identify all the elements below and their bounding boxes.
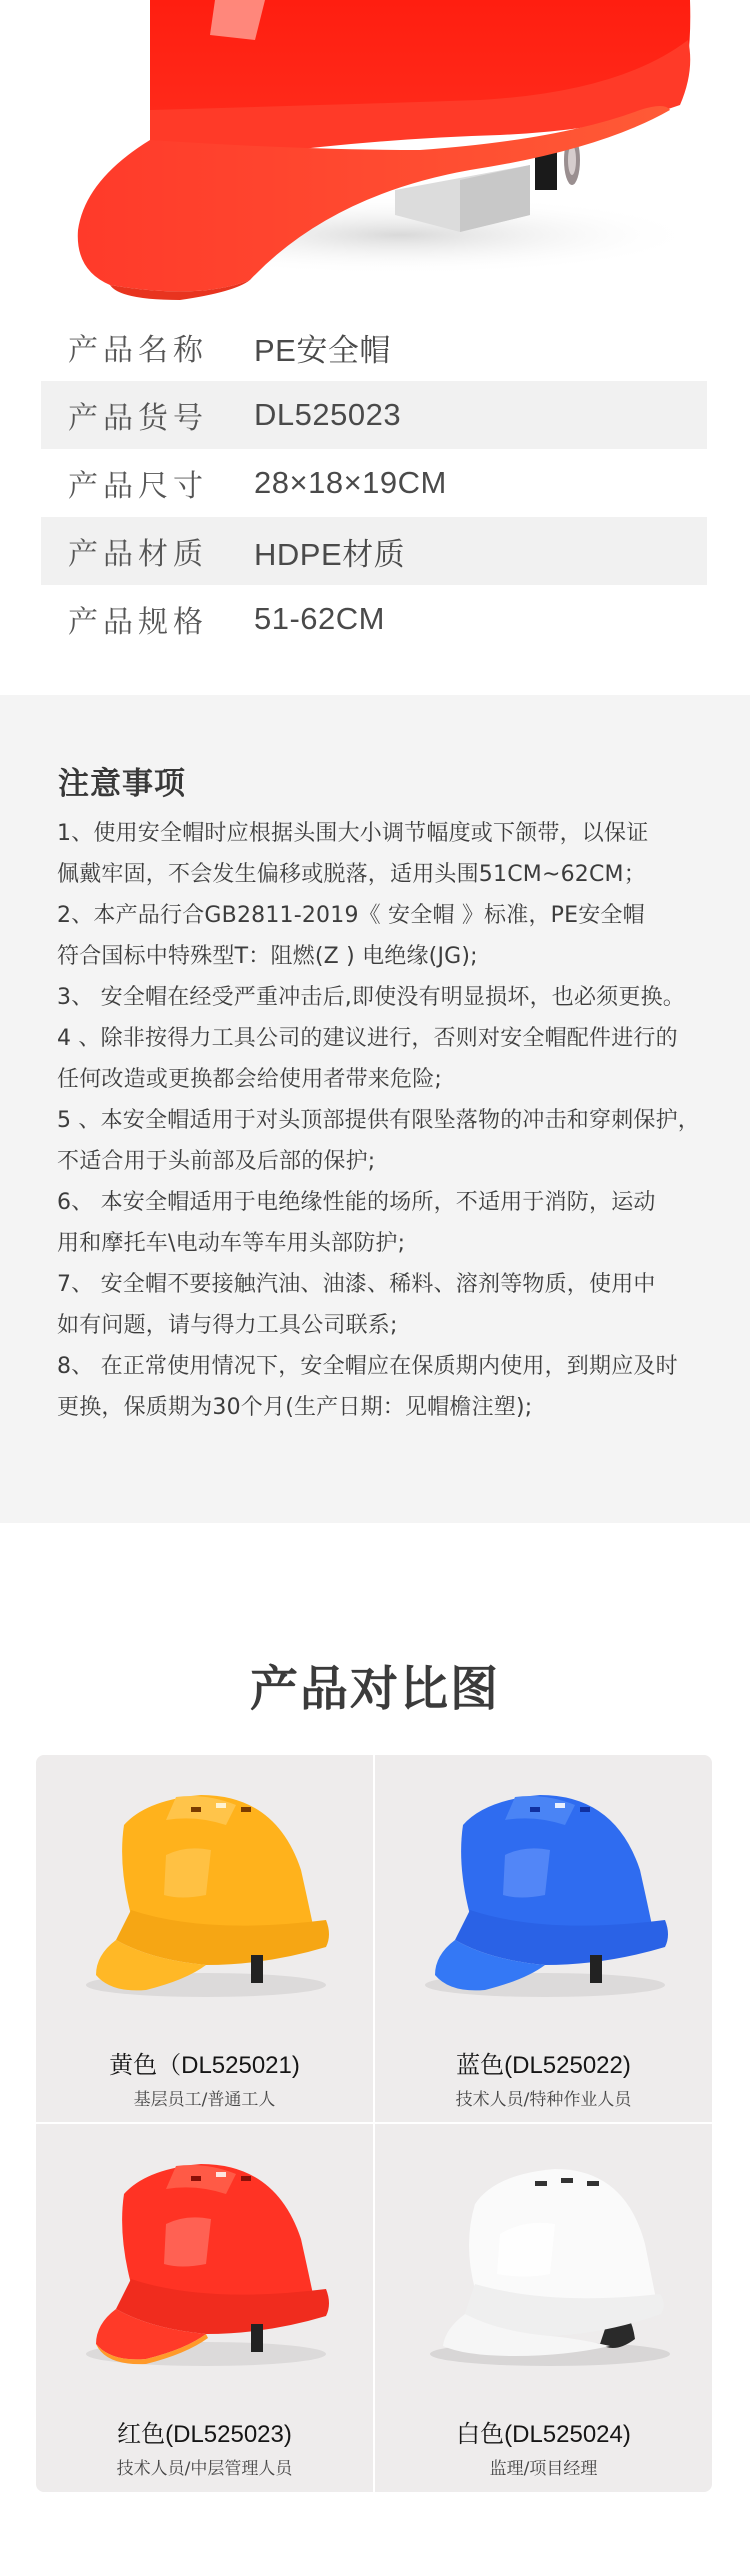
spec-row-item-no: 产品货号 DL525023	[41, 381, 707, 449]
note-line: 1、使用安全帽时应根据头围大小调节幅度或下颌带，以保证	[57, 813, 737, 854]
note-line: 3、 安全帽在经受严重冲击后,即使没有明显损坏，也必须更换。	[57, 977, 737, 1018]
spec-row-size: 产品尺寸 28×18×19CM	[41, 449, 707, 517]
note-line: 用和摩托车\电动车等车用头部防护;	[57, 1223, 737, 1264]
spec-label: 产品货号	[68, 393, 208, 437]
item-desc: 技术人员/特种作业人员	[375, 2085, 712, 2110]
compare-item-red: 红色(DL525023) 技术人员/中层管理人员	[36, 2124, 373, 2492]
item-name: 白色(DL525024)	[375, 2414, 712, 2449]
spec-value: 28×18×19CM	[254, 465, 447, 501]
compare-grid: 黄色（DL525021) 基层员工/普通工人 蓝色(DL525022) 技术人员…	[36, 1755, 712, 2492]
spec-row-spec: 产品规格 51-62CM	[41, 585, 707, 653]
red-helmet-image	[36, 2124, 373, 2404]
note-line: 不适合用于头前部及后部的保护;	[57, 1141, 737, 1182]
compare-title: 产品对比图	[0, 1650, 750, 1719]
notes-title: 注意事项	[58, 758, 186, 803]
note-line: 佩戴牢固，不会发生偏移或脱落，适用头围51CM~62CM；	[57, 854, 737, 895]
note-line: 8、 在正常使用情况下，安全帽应在保质期内使用，到期应及时	[57, 1346, 737, 1387]
note-line: 4 、除非按得力工具公司的建议进行，否则对安全帽配件进行的	[57, 1018, 737, 1059]
note-line: 更换，保质期为30个月(生产日期：见帽檐注塑);	[57, 1387, 737, 1428]
item-name: 红色(DL525023)	[36, 2414, 373, 2449]
spec-label: 产品尺寸	[68, 461, 208, 505]
hero-product-image	[0, 0, 750, 300]
note-line: 任何改造或更换都会给使用者带来危险;	[57, 1059, 737, 1100]
spec-label: 产品材质	[68, 529, 208, 573]
spec-table: 产品名称 PE安全帽 产品货号 DL525023 产品尺寸 28×18×19CM…	[41, 313, 707, 653]
spec-label: 产品规格	[68, 597, 208, 641]
note-line: 7、 安全帽不要接触汽油、油漆、稀料、溶剂等物质，使用中	[57, 1264, 737, 1305]
spec-row-material: 产品材质 HDPE材质	[41, 517, 707, 585]
item-desc: 技术人员/中层管理人员	[36, 2454, 373, 2479]
note-line: 5 、本安全帽适用于对头顶部提供有限坠落物的冲击和穿刺保护，	[57, 1100, 737, 1141]
item-name: 蓝色(DL525022)	[375, 2045, 712, 2080]
note-line: 2、本产品行合GB2811-2019《 安全帽 》标准，PE安全帽	[57, 895, 737, 936]
spec-label: 产品名称	[68, 325, 208, 369]
spec-value: DL525023	[254, 397, 401, 433]
item-desc: 基层员工/普通工人	[36, 2085, 373, 2110]
note-line: 符合国标中特殊型T：阻燃(Z ) 电绝缘(JG);	[57, 936, 737, 977]
spec-value: HDPE材质	[254, 529, 405, 574]
spec-value: 51-62CM	[254, 601, 385, 637]
compare-item-blue: 蓝色(DL525022) 技术人员/特种作业人员	[375, 1755, 712, 2122]
spec-row-name: 产品名称 PE安全帽	[41, 313, 707, 381]
note-line: 6、 本安全帽适用于电绝缘性能的场所，不适用于消防，运动	[57, 1182, 737, 1223]
white-helmet-image	[375, 2124, 712, 2404]
compare-item-yellow: 黄色（DL525021) 基层员工/普通工人	[36, 1755, 373, 2122]
spec-value: PE安全帽	[254, 325, 391, 370]
yellow-helmet-image	[36, 1755, 373, 2035]
note-line: 如有问题，请与得力工具公司联系;	[57, 1305, 737, 1346]
blue-helmet-image	[375, 1755, 712, 2035]
red-helmet-image	[0, 0, 750, 300]
item-name: 黄色（DL525021)	[36, 2045, 373, 2080]
compare-item-white: 白色(DL525024) 监理/项目经理	[375, 2124, 712, 2492]
item-desc: 监理/项目经理	[375, 2454, 712, 2479]
notes-list: 1、使用安全帽时应根据头围大小调节幅度或下颌带，以保证 佩戴牢固，不会发生偏移或…	[57, 813, 737, 1428]
